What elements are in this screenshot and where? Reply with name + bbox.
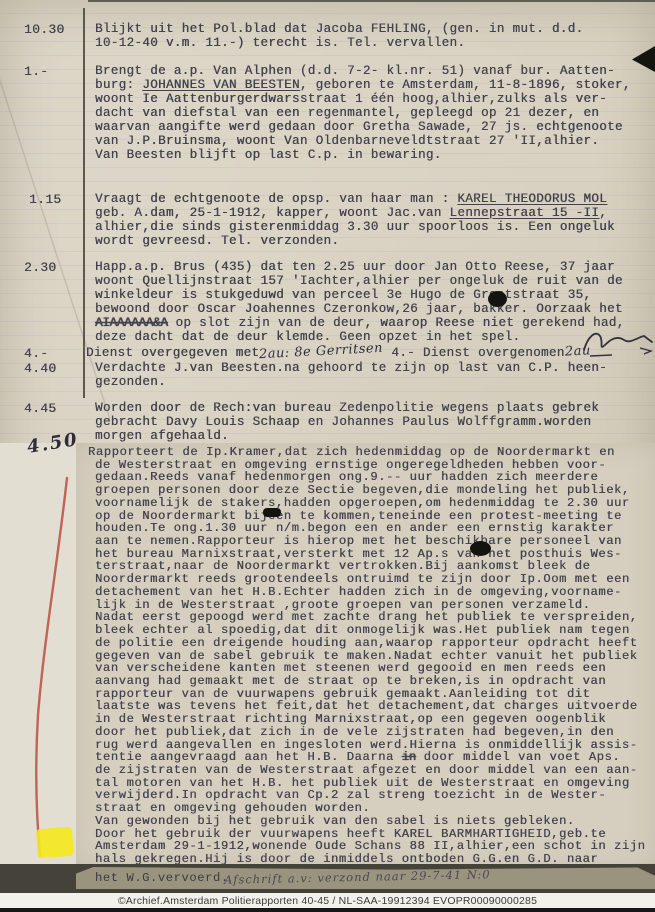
typed-line: van J.P.Bruinsma, woont Van Oldenbarneve… xyxy=(95,134,653,148)
typed-line: gezonden. xyxy=(95,375,653,389)
typed-line: burg: JOHANNES VAN BEESTEN, geboren te A… xyxy=(95,78,653,92)
typed-line: dacht van diefstal van een regenmantel, … xyxy=(95,106,653,120)
typed-line: voornamelijk de stakers,hadden opgeroepe… xyxy=(95,497,655,510)
entry-time-label: 1.15 xyxy=(29,192,61,207)
entry-text: Blijkt uit het Pol.blad dat Jacoba FEHLI… xyxy=(95,22,653,50)
entry-text: Brengt de a.p. Van Alphen (d.d. 7-2- kl.… xyxy=(95,64,653,162)
typed-line: Blijkt uit het Pol.blad dat Jacoba FEHLI… xyxy=(95,22,653,36)
ink-blot xyxy=(470,541,491,556)
underlying-page-strip xyxy=(0,443,78,864)
typed-line: in de Westerstraat richting Marnixstraat… xyxy=(95,713,655,726)
margin-rule-line xyxy=(83,8,85,398)
entry-time-label: 4.40 xyxy=(24,361,56,376)
entry-text: Worden door de Rech:van bureau Zedenpoli… xyxy=(95,401,653,443)
typed-line: Worden door de Rech:van bureau Zedenpoli… xyxy=(95,401,653,415)
typed-line: AIAAAAAA&A op slot zijn van de deur, waa… xyxy=(95,316,653,330)
typed-line: groepen personen door deze Sectie begeve… xyxy=(95,484,655,497)
bottom-paper-strip: het W.G.vervoerd. Afschrift a.v: verzond… xyxy=(76,867,655,889)
yellow-highlight-mark xyxy=(36,827,74,858)
entry-text: Happ.a.p. Brus (435) dat ten 2.25 uur do… xyxy=(95,260,653,344)
typed-line: Happ.a.p. Brus (435) dat ten 2.25 uur do… xyxy=(95,260,653,274)
typed-line: aanvang had gemaakt met de straat op te … xyxy=(95,675,655,688)
typed-line: alhier,die sinds gisterenmiddag 3.30 uur… xyxy=(95,220,653,234)
typed-line: bewoond door Oscar Joahennes Czeronkow,2… xyxy=(95,302,653,316)
entry-text: Dienst overgegeven met2au: 8e Gerritsen … xyxy=(86,346,644,360)
archive-credit-bar: ©Archief.Amsterdam Politierapporten 40-4… xyxy=(0,893,655,908)
typed-line: gebracht Davy Louis Schaap en Johannes P… xyxy=(95,415,653,429)
typed-line: woont Ie Aattenburgerdwarsstraat 1 één h… xyxy=(95,92,653,106)
typed-line: detachement van het H.B.Echter hadden zi… xyxy=(95,586,655,599)
typed-line: woont Quellijnstraat 157 'Iachter,alhier… xyxy=(95,274,653,288)
page-top-edge xyxy=(88,0,655,2)
ink-overstrike-smudge xyxy=(263,508,281,517)
typed-line: 10-12-40 v.m. 11.-) terecht is. Tel. ver… xyxy=(95,36,653,50)
entry-text: Verdachte J.van Beesten.na gehoord te zi… xyxy=(95,361,653,389)
typed-line: wordt gevreesd. Tel. verzonden. xyxy=(95,234,653,248)
handwritten-note: Afschrift a.v: verzond naar 29-7-41 N:0 xyxy=(224,867,491,887)
typed-line: Brengt de a.p. Van Alphen (d.d. 7-2- kl.… xyxy=(95,64,653,78)
typed-line: de politie een dreigende houding aan,waa… xyxy=(95,637,655,650)
typed-line: aan te nemen.Rapporteur is hierop met he… xyxy=(95,535,655,548)
bottom-typed-line: het W.G.vervoerd. xyxy=(95,871,229,885)
typed-line: geb. A.dam, 25-1-1912, kapper, woont Jac… xyxy=(95,206,653,220)
entry-time-label: 4.45 xyxy=(24,401,56,416)
ink-blot xyxy=(488,291,507,307)
typed-line: Verdachte J.van Beesten.na gehoord te zi… xyxy=(95,361,653,375)
typed-line: Van gewonden bij het gebruik van den sab… xyxy=(95,815,655,828)
paper-crease xyxy=(0,70,110,430)
archive-credit-text: ©Archief.Amsterdam Politierapporten 40-4… xyxy=(118,895,537,907)
typed-line: Vraagt de echtgenoote de opsp. van haar … xyxy=(95,192,653,206)
entry-time-label: 2.30 xyxy=(24,260,56,275)
report-450-text: Rapporteert de Ip.Kramer,dat zich hedenm… xyxy=(95,446,655,866)
typed-line: bleek echter al spoedig,dat dit onmogeli… xyxy=(95,624,655,637)
typed-line: Rapporteert de Ip.Kramer,dat zich hedenm… xyxy=(88,446,655,459)
scan-bottom-edge xyxy=(0,908,655,912)
typed-line: door het publiek,dat zich in de vele zij… xyxy=(95,726,655,739)
typed-line: de zijstraten van de Westerstraat afgeze… xyxy=(95,764,655,777)
entry-time-label: 10.30 xyxy=(24,22,65,37)
typed-line: Van Beesten blijft op last C.p. in bewar… xyxy=(95,148,653,162)
entry-time-label: 1.- xyxy=(24,64,48,79)
typed-line: waarvan aangifte werd gedaan door Gretha… xyxy=(95,120,653,134)
entry-text: Vraagt de echtgenoote de opsp. van haar … xyxy=(95,192,653,248)
typed-line: winkeldeur is stukgeduwd van perceel 3e … xyxy=(95,288,653,302)
scanned-police-report-page: 10.30Blijkt uit het Pol.blad dat Jacoba … xyxy=(0,0,655,912)
entry-time-label: 4.- xyxy=(24,346,48,361)
typed-line: Noordermarkt reeds grootendeels ontruimd… xyxy=(95,573,655,586)
typed-line: straat en omgeving gehouden worden. xyxy=(95,802,655,815)
typed-line: Dienst overgegeven met2au: 8e Gerritsen … xyxy=(86,346,644,360)
typed-line: morgen afgehaald. xyxy=(95,429,653,443)
